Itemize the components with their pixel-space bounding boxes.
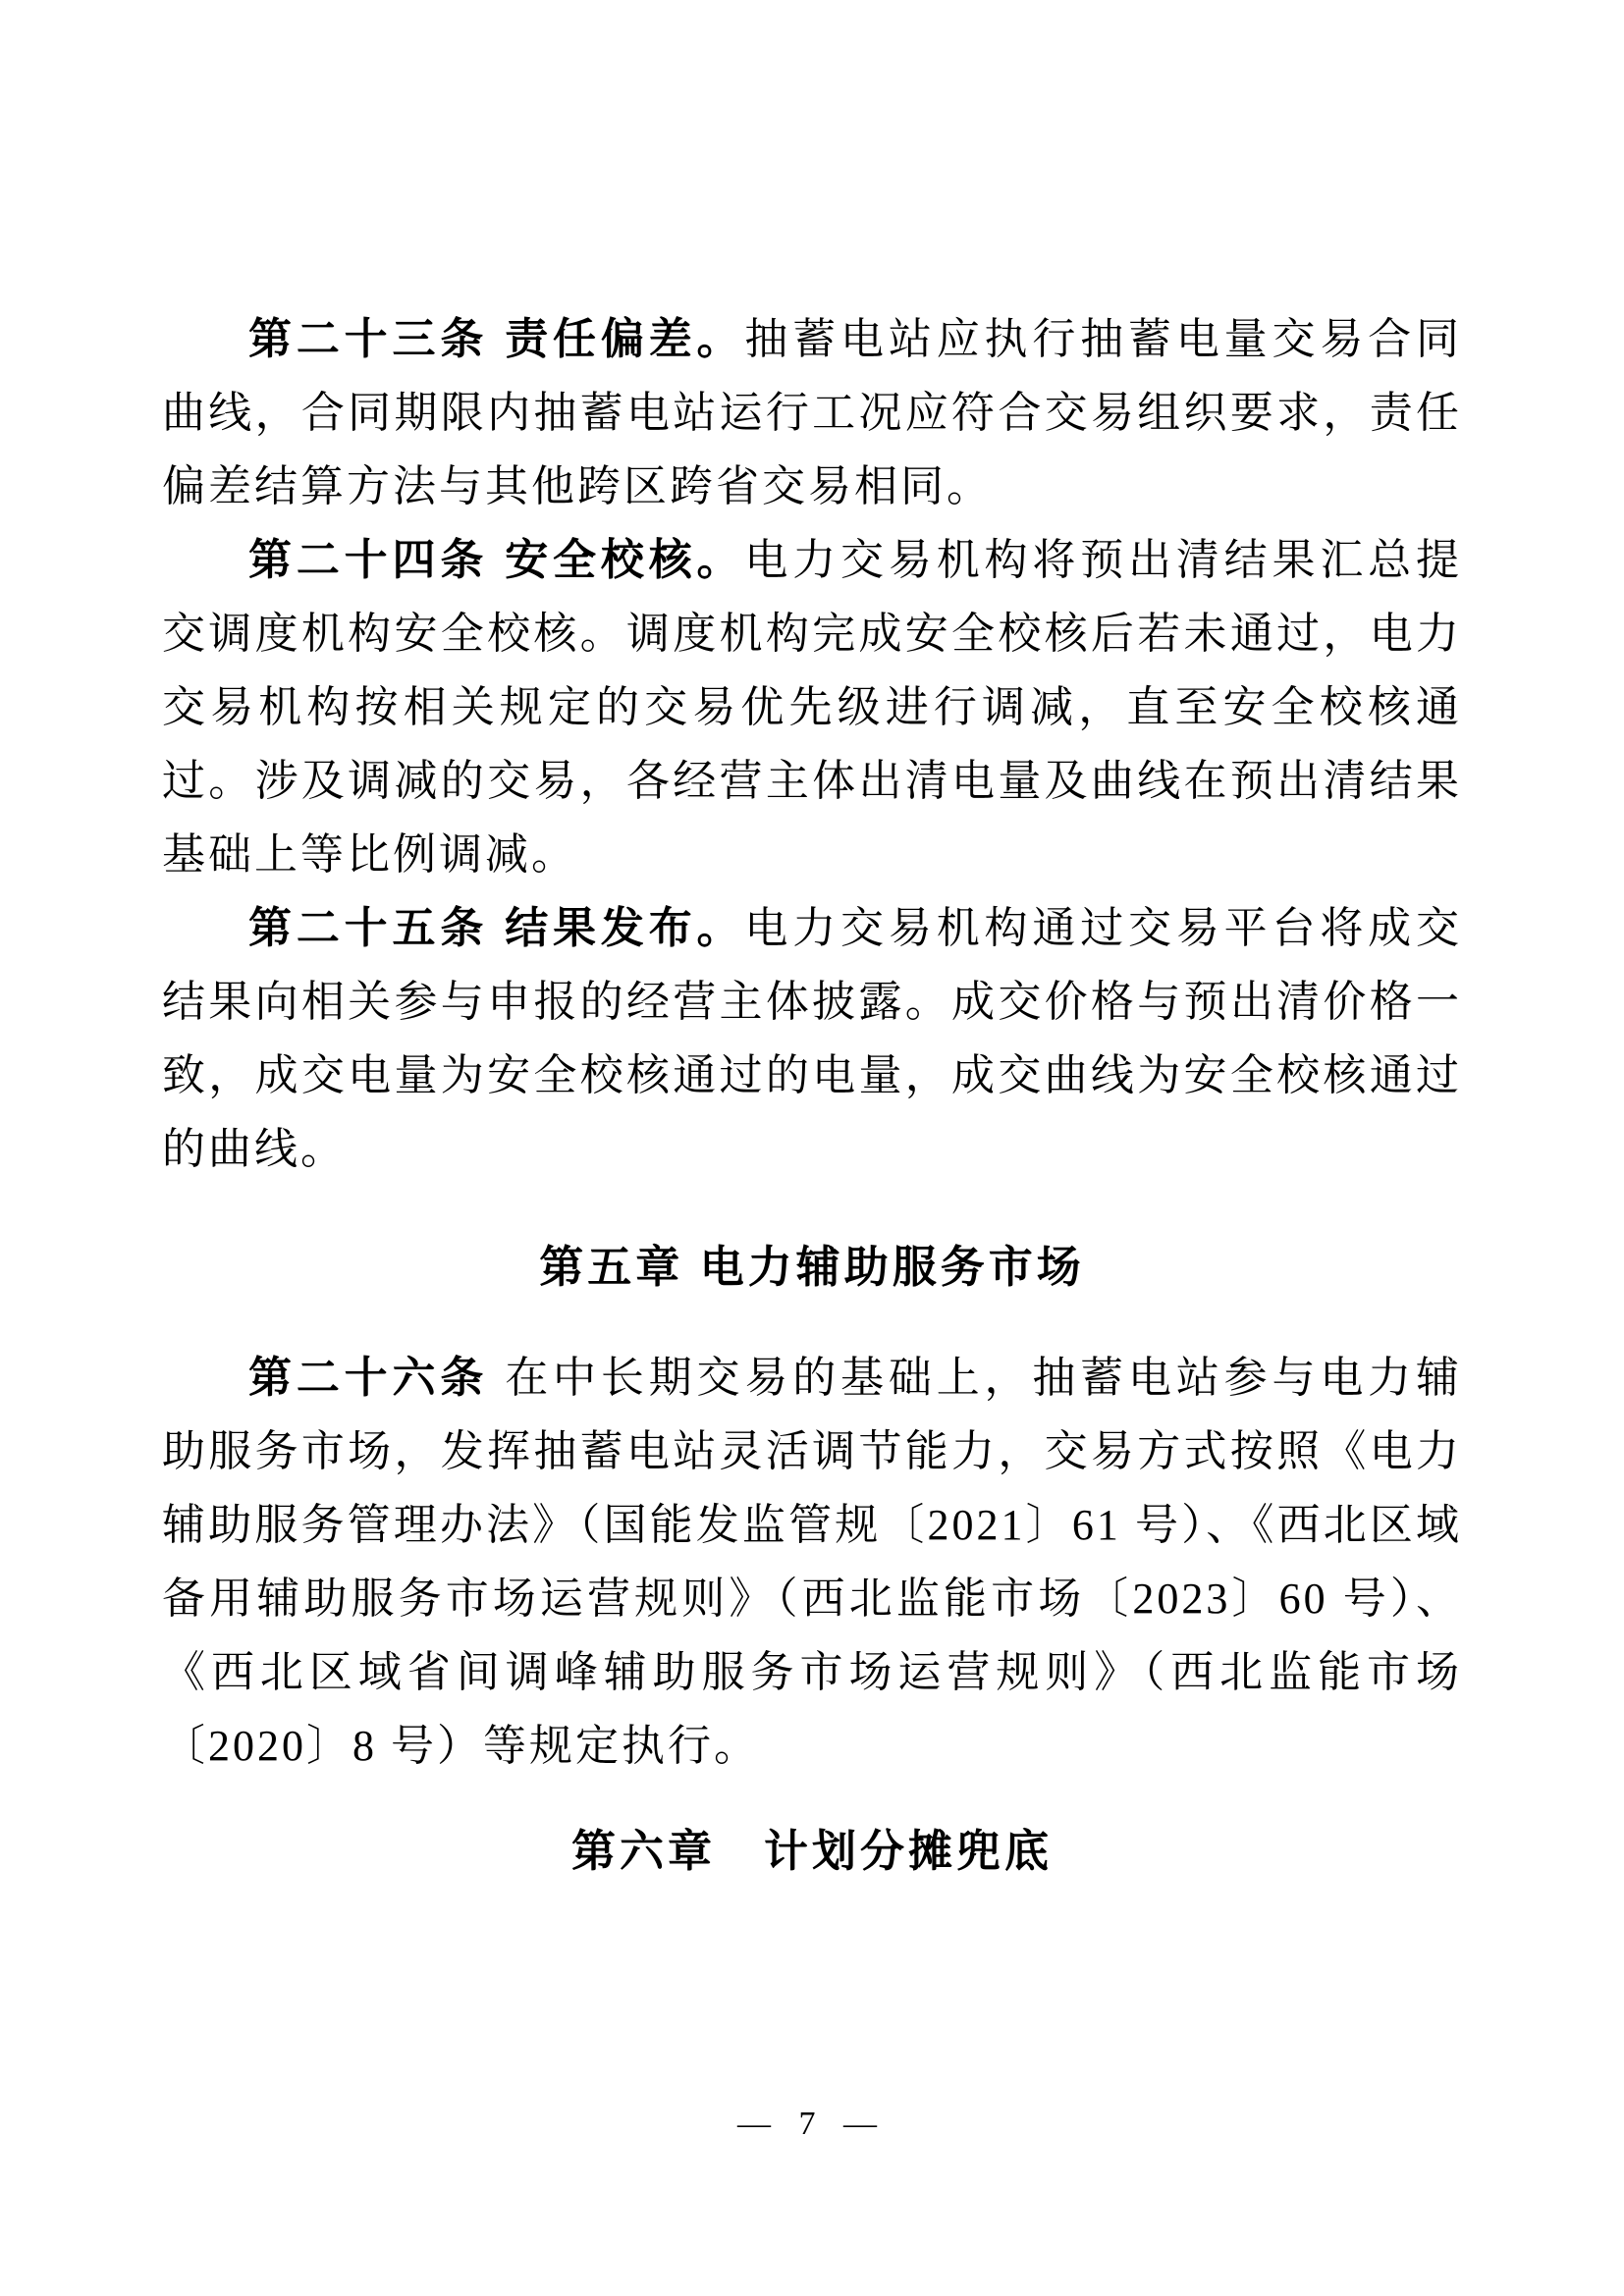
article-24: 第二十四条 安全校核。电力交易机构将预出清结果汇总提交调度机构安全校核。调度机构… [162,523,1462,891]
article-24-body: 电力交易机构将预出清结果汇总提交调度机构安全校核。调度机构完成安全校核后若未通过… [162,536,1462,879]
article-25-title: 结果发布。 [505,904,744,952]
chapter-5-heading: 第五章 电力辅助服务市场 [162,1230,1462,1304]
page-number: — 7 — [0,2106,1624,2143]
article-26-body: 在中长期交易的基础上，抽蓄电站参与电力辅助服务市场，发挥抽蓄电站灵活调节能力，交… [162,1354,1462,1770]
article-23-title: 责任偏差。 [505,315,744,363]
article-26-number: 第二十六条 [248,1354,505,1402]
chapter-6-heading: 第六章 计划分摊兜底 [162,1814,1462,1888]
article-25-number: 第二十五条 [248,904,505,952]
article-24-number: 第二十四条 [248,536,505,584]
article-23-number: 第二十三条 [248,315,505,363]
article-25: 第二十五条 结果发布。电力交易机构通过交易平台将成交结果向相关参与申报的经营主体… [162,891,1462,1186]
article-24-title: 安全校核。 [505,536,744,584]
article-23: 第二十三条 责任偏差。抽蓄电站应执行抽蓄电量交易合同曲线，合同期限内抽蓄电站运行… [162,302,1462,523]
article-26: 第二十六条 在中长期交易的基础上，抽蓄电站参与电力辅助服务市场，发挥抽蓄电站灵活… [162,1341,1462,1783]
document-page: 第二十三条 责任偏差。抽蓄电站应执行抽蓄电量交易合同曲线，合同期限内抽蓄电站运行… [0,0,1624,2296]
